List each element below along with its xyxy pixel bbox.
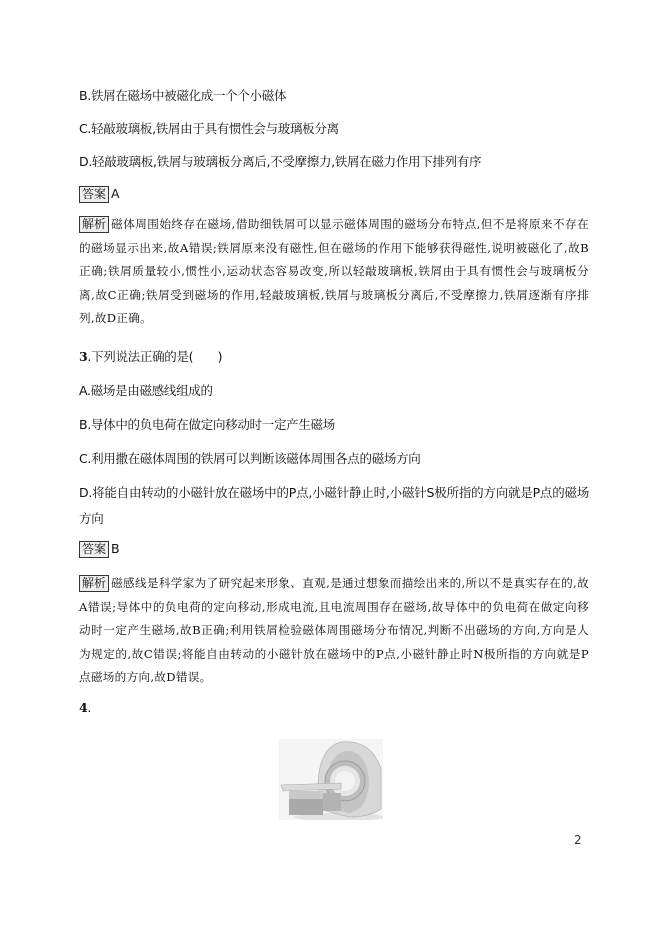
q2-option-d: D.轻敲玻璃板,铁屑与玻璃板分离后,不受摩擦力,铁屑在磁力作用下排列有序 [79,152,481,170]
q2-option-b: B.铁屑在磁场中被磁化成一个个小磁体 [79,86,286,104]
q3-answer: 答案B [79,541,119,558]
q2-analysis: 解析磁体周围始终存在磁场,借助细铁屑可以显示磁体周围的磁场分布特点,但不是将原来… [79,213,589,331]
q3-stem: 3.下列说法正确的是( ) [79,347,222,365]
mri-scanner-image [279,739,383,820]
analysis-text: 磁感线是科学家为了研究起来形象、直观,是通过想象而描绘出来的,所以不是真实存在的… [79,576,589,684]
question-text: .下列说法正确的是( ) [87,349,222,364]
analysis-text: 磁体周围始终存在磁场,借助细铁屑可以显示磁体周围的磁场分布特点,但不是将原来不存… [79,217,589,325]
q3-option-b: B.导体中的负电荷在做定向移动时一定产生磁场 [79,415,335,433]
q3-option-a: A.磁场是由磁感线组成的 [79,381,213,399]
q2-option-c: C.轻敲玻璃板,铁屑由于具有惯性会与玻璃板分离 [79,119,339,137]
analysis-label: 解析 [79,575,109,592]
page-number: 2 [574,833,582,847]
q3-option-d: D.将能自由转动的小磁针放在磁场中的P点,小磁针静止时,小磁针S极所指的方向就是… [79,480,589,532]
question-suffix: . [87,700,91,715]
answer-value: B [111,541,119,556]
document-page: B.铁屑在磁场中被磁化成一个个小磁体 C.轻敲玻璃板,铁屑由于具有惯性会与玻璃板… [0,0,661,936]
q4-stem: 4. [79,700,91,715]
q3-option-c: C.利用撒在磁体周围的铁屑可以判断该磁体周围各点的磁场方向 [79,449,421,467]
answer-label: 答案 [79,541,109,558]
analysis-label: 解析 [79,216,109,233]
answer-value: A [111,186,119,201]
q3-analysis: 解析磁感线是科学家为了研究起来形象、直观,是通过想象而描绘出来的,所以不是真实存… [79,572,589,690]
answer-label: 答案 [79,186,109,203]
q2-answer: 答案A [79,186,119,203]
mri-scanner-icon [279,739,383,820]
